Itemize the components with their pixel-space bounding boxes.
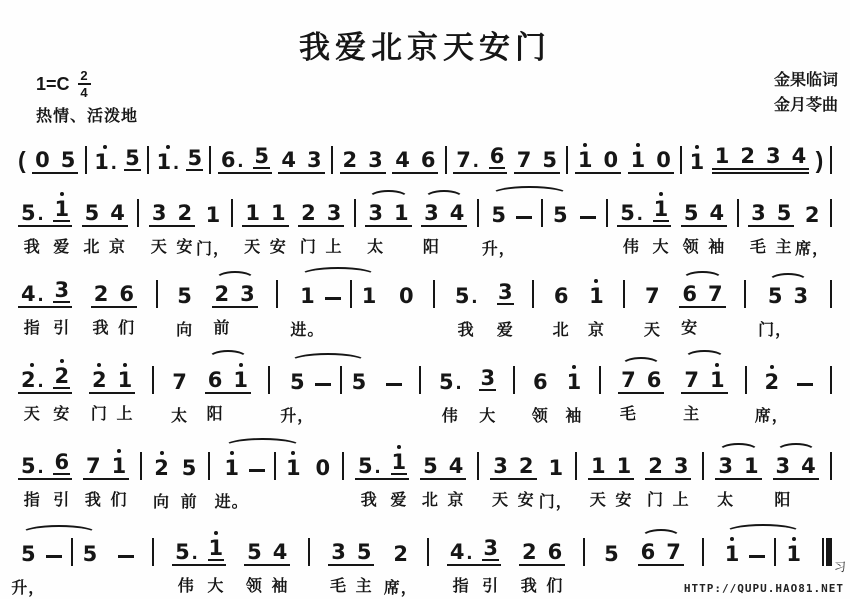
note: 2席， xyxy=(804,205,821,227)
note-number: 5 xyxy=(175,542,190,563)
beam-group: 5北4京 xyxy=(420,456,466,480)
note-number: 4 xyxy=(395,150,410,171)
note-body: 5 xyxy=(552,205,569,227)
note-number: 2 xyxy=(343,150,358,171)
note: 5.我 xyxy=(20,203,44,225)
lyric-syllable: 爱 xyxy=(53,234,70,257)
note-number: 5 xyxy=(455,286,470,307)
beam-group: 43 xyxy=(278,150,324,174)
lyric-syllable: 前 xyxy=(213,315,230,338)
note: 4袖 xyxy=(708,203,725,225)
note-number: 3 xyxy=(766,146,781,167)
note-body: 2 xyxy=(153,458,170,480)
lyric-syllable: 我 xyxy=(24,234,41,257)
note-body: 1 xyxy=(205,205,222,227)
note: 4 xyxy=(800,456,817,478)
note-body: 7 xyxy=(665,542,682,564)
augmentation-dot: . xyxy=(38,203,44,224)
slur-group: 1进。1 xyxy=(297,280,379,308)
slur-group: 67 xyxy=(638,542,684,566)
note-number: 2 xyxy=(522,542,537,563)
note: 1进。 xyxy=(299,286,316,308)
beam-group: 2门1上 xyxy=(89,363,135,394)
beam-group: 10 xyxy=(628,143,674,174)
note-number: 5 xyxy=(85,203,100,224)
note-body: 1. xyxy=(93,152,117,174)
note-number: 2 xyxy=(740,146,755,167)
note: 5北 xyxy=(422,456,439,478)
note-body: 1 xyxy=(566,372,583,394)
barline xyxy=(209,146,211,174)
note-number: 7 xyxy=(172,372,187,393)
time-signature-denominator: 4 xyxy=(80,86,87,99)
note: 5 xyxy=(186,148,203,174)
note-number: 1 xyxy=(578,150,593,171)
note-number: 5 xyxy=(423,456,438,477)
octave-dot xyxy=(730,537,734,541)
note: 2安 xyxy=(518,456,535,478)
lyric-syllable: 天 xyxy=(590,487,607,510)
note-body: 3 xyxy=(750,203,767,225)
note: 7主 xyxy=(683,370,700,392)
note-number: 4 xyxy=(801,456,816,477)
note: 1京 xyxy=(588,279,605,308)
parenthesis: ( xyxy=(18,149,26,172)
lyric-syllable: 安 xyxy=(270,234,287,257)
note-body: 2 xyxy=(739,146,756,168)
lyric-syllable: 毛 xyxy=(330,573,347,596)
note-number: 3 xyxy=(483,538,498,559)
lyric-syllable: 领 xyxy=(246,573,263,596)
note-number: 6 xyxy=(682,284,697,305)
note-body: 1 xyxy=(714,146,731,168)
page-title: 我爱北京天安门 xyxy=(0,22,850,67)
note-number: 1 xyxy=(786,544,801,565)
note-number: 5 xyxy=(352,372,367,393)
barline xyxy=(342,452,344,480)
note-body: 5 xyxy=(82,544,99,566)
barline xyxy=(350,280,352,308)
composer-credit: 金月苓曲 xyxy=(774,94,838,119)
lyric-syllable: 伟 xyxy=(623,234,640,257)
note-body: 7 xyxy=(171,372,188,394)
beam-group: 1天1安 xyxy=(242,203,288,227)
lyric-syllable: 太 xyxy=(171,403,188,426)
note-body: 5 xyxy=(253,146,270,169)
note-number: 3 xyxy=(327,203,342,224)
lyric-syllable: 安 xyxy=(681,315,698,338)
note-body: 3 xyxy=(479,368,496,391)
octave-dot xyxy=(715,363,719,367)
note: 3引 xyxy=(482,538,499,564)
note: 3爱 xyxy=(497,282,514,308)
key-signature: 1=C xyxy=(36,74,70,95)
note-number: 2 xyxy=(54,366,69,387)
barline xyxy=(477,199,479,227)
note: 5向 xyxy=(176,286,193,308)
note-number: 1 xyxy=(715,146,730,167)
barline xyxy=(152,366,154,394)
note-number: 1 xyxy=(209,538,224,559)
note-body: 1 xyxy=(547,458,564,480)
note: 1 xyxy=(724,537,741,566)
note: 2向 xyxy=(153,451,170,480)
note-number: 1 xyxy=(589,286,604,307)
note: 1 xyxy=(232,363,249,392)
note-number: 7 xyxy=(456,150,471,171)
note-number: 3 xyxy=(331,542,346,563)
note-body: 5. xyxy=(619,203,643,225)
note-number: 5 xyxy=(553,205,568,226)
note: 5 xyxy=(541,150,558,172)
note-number: 5 xyxy=(21,544,36,565)
note-number: 6 xyxy=(119,284,134,305)
note-body: 5. xyxy=(438,372,462,394)
note-body: 5 xyxy=(490,205,507,227)
note-number: 6 xyxy=(54,452,69,473)
note-number: 4 xyxy=(21,284,36,305)
barline xyxy=(606,199,608,227)
note-body: 1 xyxy=(53,199,70,222)
note-body: 5 xyxy=(351,372,368,394)
lyric-syllable: 北 xyxy=(422,487,439,510)
note-number: 7 xyxy=(666,542,681,563)
note: 5 xyxy=(124,148,141,174)
note-number: 1 xyxy=(206,205,221,226)
note-number: 5 xyxy=(357,542,372,563)
note-number: 4 xyxy=(449,456,464,477)
beam-group: 3天2安 xyxy=(149,203,195,227)
beam-group: 5.伟1大 xyxy=(617,192,671,227)
octave-dot xyxy=(30,363,34,367)
augmentation-dot: . xyxy=(38,284,44,305)
note-number: 5 xyxy=(358,456,373,477)
note-number: 3 xyxy=(240,284,255,305)
note-body: 6 xyxy=(489,146,506,169)
note-number: 7 xyxy=(86,456,101,477)
lyric-syllable: 上 xyxy=(116,401,133,424)
note-body: 1 xyxy=(232,370,249,392)
note-body: 5 xyxy=(186,148,203,171)
note-body: 2 xyxy=(214,284,231,306)
beam-group: 2门3上 xyxy=(298,203,344,227)
jianpu-line-5: 5.指6引7我1们2向5前1进。105.我1爱5北4京3天2安1门，1天1安2门… xyxy=(16,427,834,480)
note: 5 xyxy=(82,544,99,566)
note-body: 5 xyxy=(289,372,306,394)
note-number: 1 xyxy=(112,456,127,477)
note-number: 3 xyxy=(368,150,383,171)
time-signature-numerator: 2 xyxy=(80,69,87,82)
lyric-syllable: 主 xyxy=(356,573,373,596)
lyric-syllable: 京 xyxy=(588,317,605,340)
note-number: 3 xyxy=(493,456,508,477)
note-number: 3 xyxy=(54,280,69,301)
note-body: 6 xyxy=(646,370,663,392)
note: 6 xyxy=(489,146,506,172)
barline xyxy=(152,538,154,566)
lyric-syllable: 天 xyxy=(492,487,509,510)
note-body: 4 xyxy=(448,456,465,478)
note: 2门 xyxy=(91,363,108,392)
note-number: 2 xyxy=(301,203,316,224)
note-body: 5. xyxy=(20,203,44,225)
note: 3毛 xyxy=(750,203,767,225)
note-body: 3 xyxy=(330,542,347,564)
lyric-syllable: 安 xyxy=(615,487,632,510)
lyric-syllable: 向 xyxy=(153,489,170,512)
lyric-syllable: 领 xyxy=(532,403,549,426)
note: 7 xyxy=(707,284,724,306)
octave-dot xyxy=(117,449,121,453)
octave-dot xyxy=(166,145,170,149)
barline xyxy=(744,280,746,308)
note-body: 6 xyxy=(547,542,564,564)
barline xyxy=(433,280,435,308)
beam-group: 5.指6引 xyxy=(18,452,72,480)
augmentation-dot: . xyxy=(471,286,477,307)
note-body: 2 xyxy=(300,203,317,225)
slur-group: 11 xyxy=(722,537,804,566)
beam-group: 5.伟1大 xyxy=(172,531,226,566)
note: 3上 xyxy=(673,456,690,478)
lyric-syllable: 门， xyxy=(758,317,792,340)
lyric-syllable: 京 xyxy=(448,487,465,510)
beam-group: 4.指3引 xyxy=(18,280,72,308)
augmentation-dot: . xyxy=(238,150,244,171)
note-body: 1. xyxy=(156,152,180,174)
slur-group: 5升，5 xyxy=(488,199,570,227)
beam-group: 2.天2安 xyxy=(18,359,72,394)
slur-group: 3阳4 xyxy=(421,203,467,227)
note: 3阳 xyxy=(423,203,440,225)
beam-group: 5.我1爱 xyxy=(18,192,72,227)
note-body: 5. xyxy=(20,456,44,478)
barline xyxy=(208,452,210,480)
jianpu-line-2: 5.我1爱5北4京3天2安1门，1天1安2门3上3太13阳45升，55.伟1大5… xyxy=(16,174,834,227)
duration-dash xyxy=(516,216,532,219)
note-body: 3 xyxy=(765,146,782,168)
duration-dash xyxy=(249,469,265,472)
note: 5.伟 xyxy=(619,203,643,225)
note-body: 4 xyxy=(449,203,466,225)
source-url: HTTP://QUPU.HAO81.NET xyxy=(684,582,844,595)
note: 1大 xyxy=(208,531,225,564)
lyric-syllable: 升， xyxy=(482,236,516,259)
octave-dot xyxy=(572,365,576,369)
barline xyxy=(137,199,139,227)
note: 6 xyxy=(646,370,663,392)
lyricist-credit: 金果临词 xyxy=(774,69,838,94)
note: 5主 xyxy=(356,542,373,564)
note-number: 7 xyxy=(708,284,723,305)
note: 3 xyxy=(792,286,809,308)
note: 5北 xyxy=(84,203,101,225)
note-body: 0 xyxy=(315,458,332,480)
note-number: 1 xyxy=(392,452,407,473)
note: 2我 xyxy=(93,284,110,306)
note-body: 4. xyxy=(20,284,44,306)
augmentation-dot: . xyxy=(375,456,381,477)
note-body: 6 xyxy=(532,372,549,394)
note-body: 6 xyxy=(681,284,698,306)
note-body: 2 xyxy=(763,372,780,394)
note-number: 4 xyxy=(792,146,807,167)
slur-group: 3太1 xyxy=(365,203,411,227)
jianpu-line-1: (051.51.56.54323467.675101011234) xyxy=(16,125,834,174)
lyric-syllable: 指 xyxy=(24,487,41,510)
note-number: 7 xyxy=(684,370,699,391)
octave-dot xyxy=(97,363,101,367)
note-body: 2 xyxy=(647,456,664,478)
note-body: 1 xyxy=(689,152,706,174)
note-body: 5 xyxy=(776,203,793,225)
octave-dot xyxy=(214,531,218,535)
lyric-syllable: 大 xyxy=(652,234,669,257)
note: 1 xyxy=(630,143,647,172)
note-body: 2 xyxy=(804,205,821,227)
lyric-syllable: 大 xyxy=(207,573,224,596)
note-number: 7 xyxy=(517,150,532,171)
note-number: 6 xyxy=(641,542,656,563)
note: 3 xyxy=(239,284,256,306)
beam-group: 5领4袖 xyxy=(681,203,727,227)
duration-dash xyxy=(325,297,341,300)
note-number: 1 xyxy=(631,150,646,171)
note-body: 1 xyxy=(244,203,261,225)
lyric-syllable: 大 xyxy=(479,403,496,426)
note: 1. xyxy=(156,145,180,174)
rest-note: 0 xyxy=(34,150,51,172)
barline xyxy=(532,280,534,308)
barline xyxy=(354,199,356,227)
lyric-syllable: 指 xyxy=(453,573,470,596)
beam-group: 5北4京 xyxy=(82,203,128,227)
rest-note: 0 xyxy=(655,150,672,172)
note-body: 1 xyxy=(590,456,607,478)
barline xyxy=(513,366,515,394)
barline xyxy=(566,146,568,174)
note-body: 5 xyxy=(767,286,784,308)
barline xyxy=(85,146,87,174)
note-body: 3 xyxy=(492,456,509,478)
note: 5 xyxy=(603,544,620,566)
note: 1们 xyxy=(111,449,128,478)
note: 1爱 xyxy=(391,445,408,478)
lyric-syllable: 上 xyxy=(326,234,343,257)
jianpu-line-6: 5升，55.伟1大5领4袖3毛5主2席，4.指3引2我6们56711 xyxy=(16,513,834,566)
note: 1进。 xyxy=(223,451,240,480)
note-body: 5 xyxy=(356,542,373,564)
note-number: 5 xyxy=(187,148,202,169)
note-body: 7 xyxy=(644,286,661,308)
barline xyxy=(147,146,149,174)
lyric-syllable: 主 xyxy=(776,234,793,257)
augmentation-dot: . xyxy=(637,203,643,224)
note: 1 xyxy=(785,537,802,566)
note: 6们 xyxy=(547,542,564,564)
note-body: 3 xyxy=(239,284,256,306)
note: 1 xyxy=(743,456,760,478)
note: 6们 xyxy=(118,284,135,306)
note: 1爱 xyxy=(53,192,70,225)
note-body: 3 xyxy=(482,538,499,561)
note-number: 2 xyxy=(764,372,779,393)
note-number: 4 xyxy=(110,203,125,224)
barline xyxy=(599,366,601,394)
note: 5.伟 xyxy=(174,542,198,564)
note: 7我 xyxy=(85,456,102,478)
lyric-syllable: 门 xyxy=(300,234,317,257)
note: 1上 xyxy=(117,363,134,392)
note-body: 6 xyxy=(118,284,135,306)
note: 1 xyxy=(689,145,706,174)
watermark-char: 习 xyxy=(834,558,846,575)
beam-group: 2门3上 xyxy=(645,456,691,480)
note-number: 6 xyxy=(533,372,548,393)
note-number: 1 xyxy=(362,286,377,307)
note-number: 1 xyxy=(744,456,759,477)
note-body: 2 xyxy=(342,150,359,172)
note: 7. xyxy=(455,150,479,172)
note-number: 2 xyxy=(215,284,230,305)
note: 5领 xyxy=(683,203,700,225)
note: 6安 xyxy=(681,284,698,306)
note: 2席， xyxy=(392,544,409,566)
note-number: 3 xyxy=(480,368,495,389)
note-number: 2 xyxy=(393,544,408,565)
note-body: 6 xyxy=(207,370,224,392)
note-number: 6 xyxy=(548,542,563,563)
note: 5升， xyxy=(490,205,507,227)
note-number: 1 xyxy=(224,458,239,479)
note: 1 xyxy=(361,286,378,308)
note: 5 xyxy=(552,205,569,227)
note-body: 6 xyxy=(420,150,437,172)
lyric-syllable: 天 xyxy=(151,234,168,257)
note-body: 1 xyxy=(393,203,410,225)
note: 1门， xyxy=(547,458,564,480)
lyric-syllable: 升， xyxy=(11,575,45,598)
lyric-syllable: 阳 xyxy=(774,487,791,510)
lyric-syllable: 安 xyxy=(176,234,193,257)
note-number: 1 xyxy=(118,370,133,391)
note-number: 1 xyxy=(548,458,563,479)
duration-dash xyxy=(797,383,813,386)
note: 6 xyxy=(420,150,437,172)
note: 1. xyxy=(93,145,117,174)
note-body: 5 xyxy=(422,456,439,478)
barline xyxy=(575,452,577,480)
lyric-syllable: 北 xyxy=(553,317,570,340)
octave-dot xyxy=(792,537,796,541)
note-number: 5 xyxy=(542,150,557,171)
lyric-syllable: 北 xyxy=(83,234,100,257)
note: 3天 xyxy=(492,456,509,478)
note-body: 0 xyxy=(603,150,620,172)
note: 6领 xyxy=(532,372,549,394)
lyric-syllable: 们 xyxy=(546,573,563,596)
slur-group: 3阳4 xyxy=(773,456,819,480)
note: 2席， xyxy=(763,365,780,394)
lyric-syllable: 门， xyxy=(539,489,573,512)
barline xyxy=(623,280,625,308)
note: 1安 xyxy=(616,456,633,478)
barline xyxy=(274,452,276,480)
note-number: 1 xyxy=(591,456,606,477)
slur-group: 6阳1 xyxy=(205,363,251,394)
note-body: 0 xyxy=(34,150,51,172)
note: 5前 xyxy=(181,458,198,480)
